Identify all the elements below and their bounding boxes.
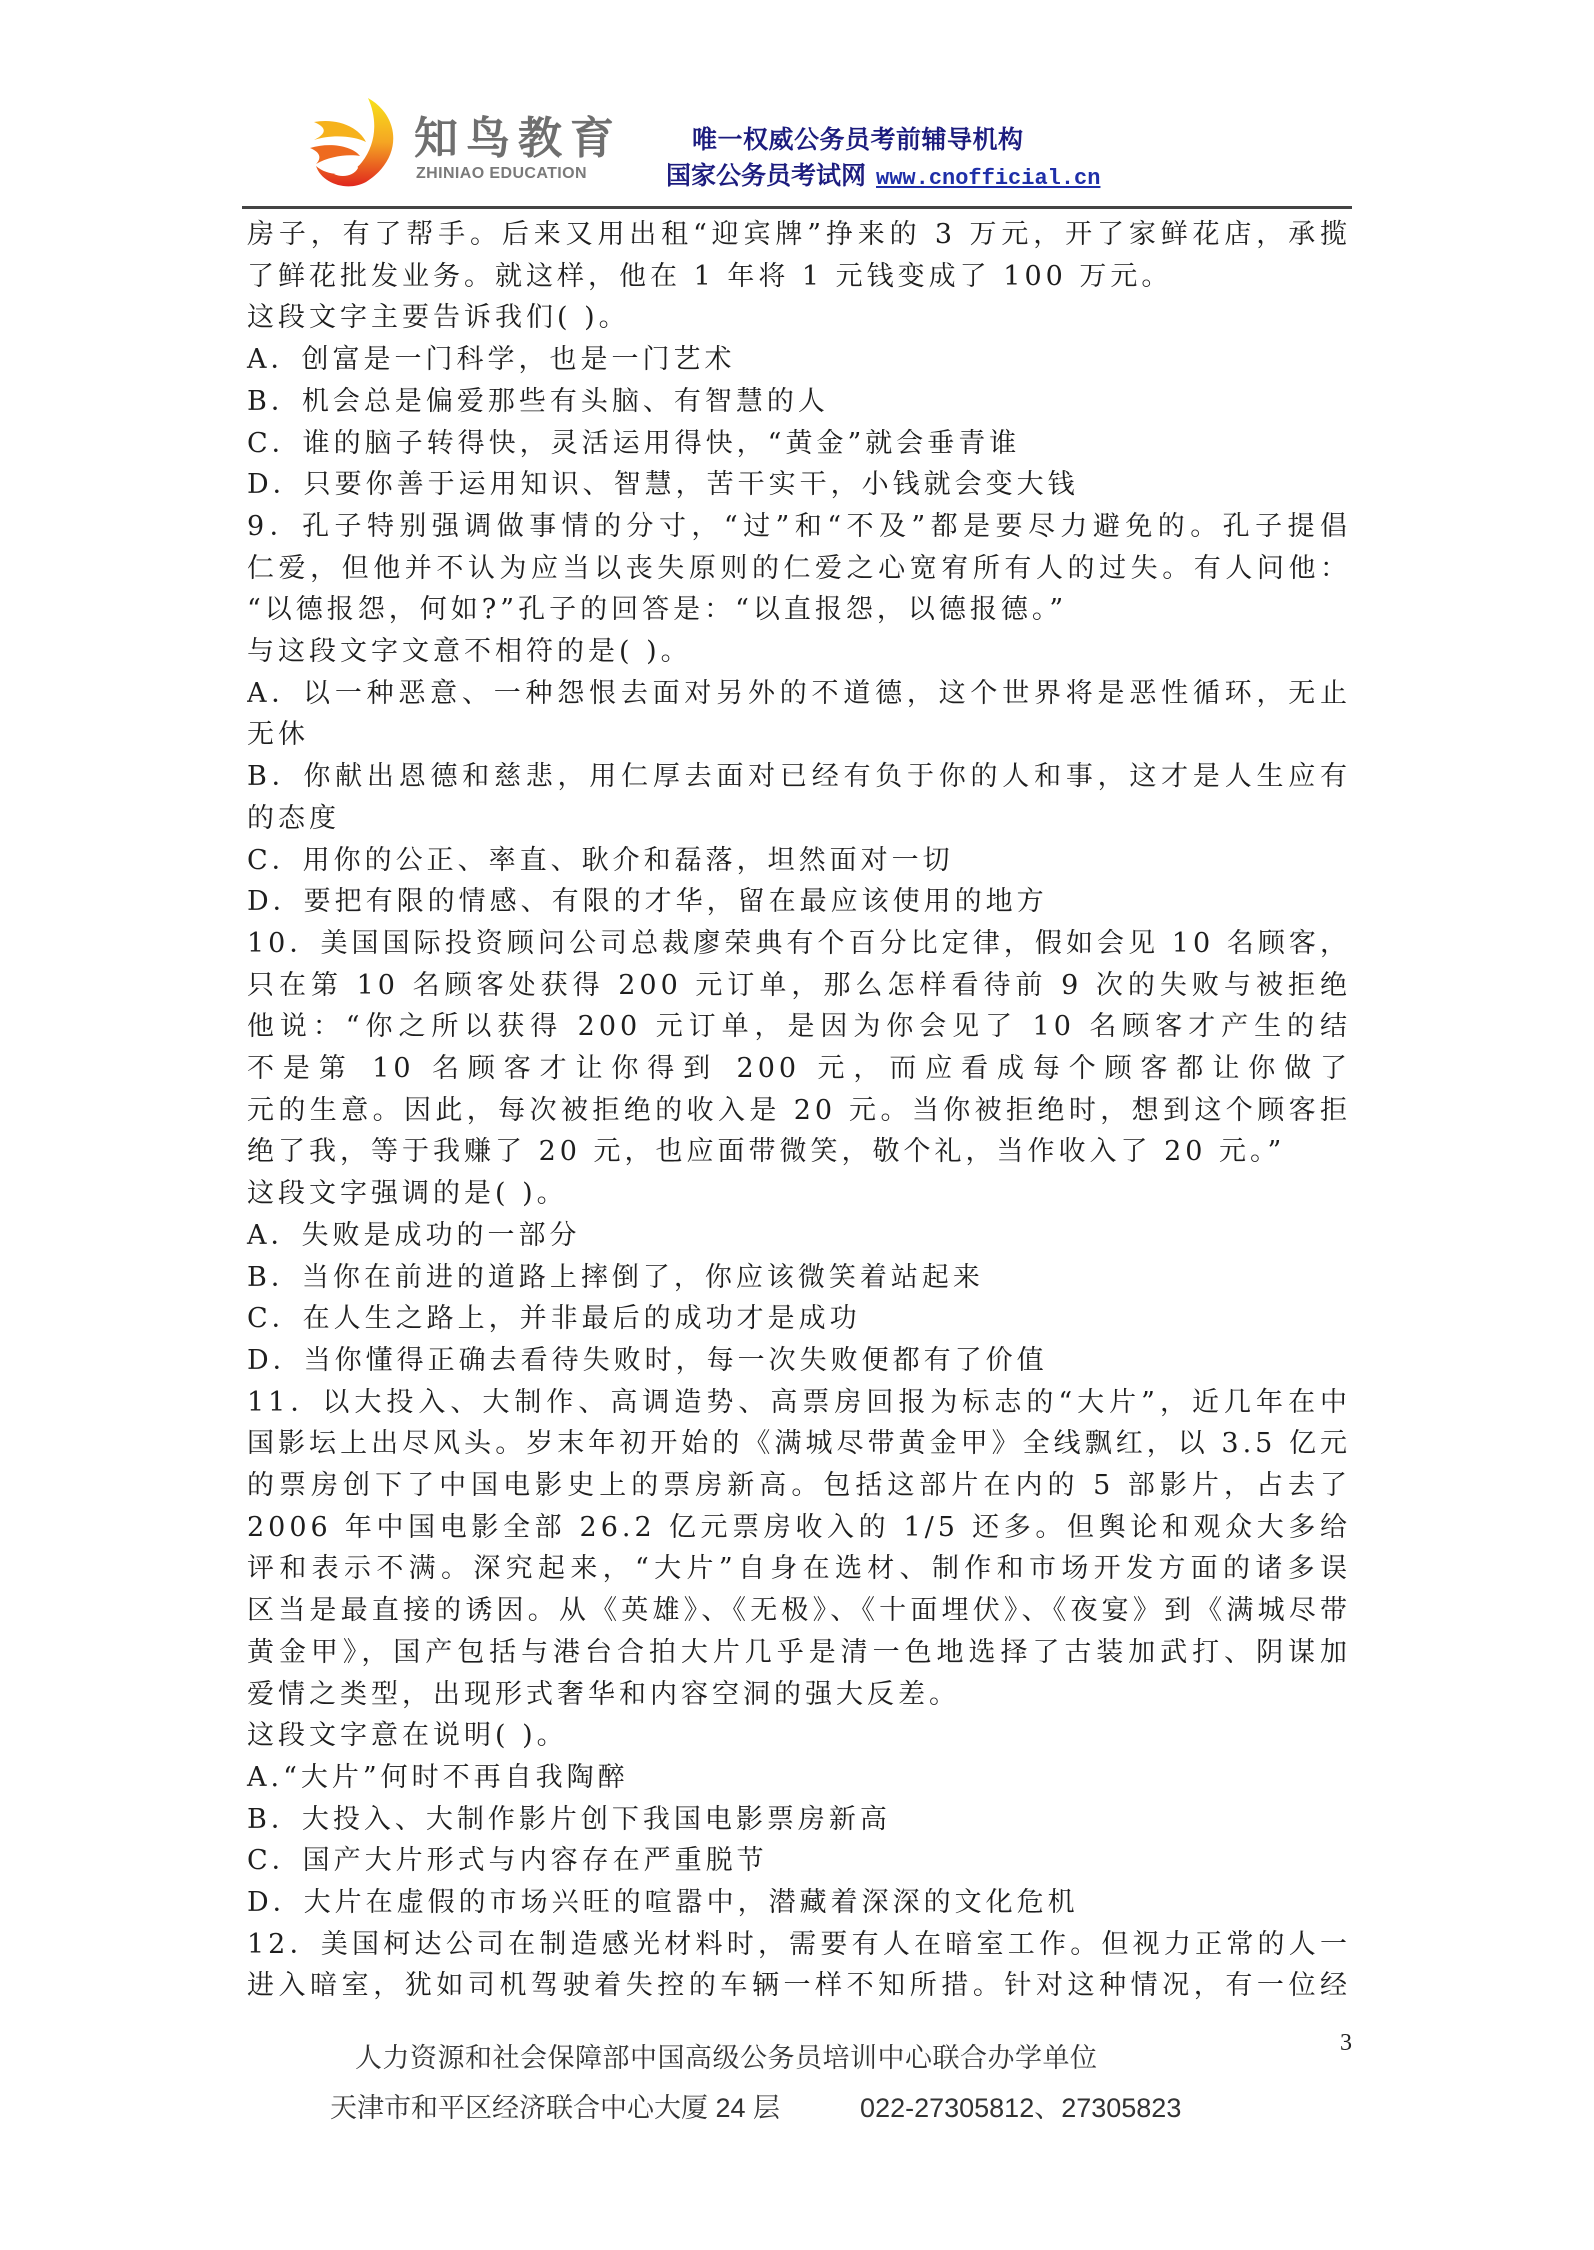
text-line: 与这段文字文意不相符的是( )。 [247, 631, 1351, 673]
header-divider [242, 206, 1352, 209]
brand-name-cn: 知鸟教育 [414, 114, 622, 164]
text-line: 无休 [247, 714, 1351, 756]
text-line: 10．美国国际投资顾问公司总裁廖荣典有个百分比定律，假如会见 10 名顾客， [247, 923, 1351, 965]
text-line: 仁爱，但他并不认为应当以丧失原则的仁爱之心宽宥所有人的过失。有人问他： [247, 548, 1351, 590]
text-line: 2006 年中国电影全部 26.2 亿元票房收入的 1/5 还多。但舆论和观众大… [247, 1507, 1351, 1549]
text-line: 这段文字主要告诉我们( )。 [247, 297, 1351, 339]
text-line: C．在人生之路上，并非最后的成功才是成功 [247, 1298, 1351, 1340]
text-line: 区当是最直接的诱因。从《英雄》、《无极》、《十面埋伏》、《夜宴》到《满城尽带 [247, 1590, 1351, 1632]
page-number: 3 [1340, 2028, 1352, 2058]
text-line: A．失败是成功的一部分 [247, 1215, 1351, 1257]
text-line: B．大投入、大制作影片创下我国电影票房新高 [247, 1799, 1351, 1841]
text-line: 12．美国柯达公司在制造感光材料时，需要有人在暗室工作。但视力正常的人一 [247, 1924, 1351, 1966]
zhiniao-bird-logo-icon [308, 96, 408, 188]
footer-organization: 人力资源和社会保障部中国高级公务员培训中心联合办学单位 [355, 2040, 1098, 2076]
footer-contact: 天津市和平区经济联合中心大厦 24 层022-27305812、27305823 [330, 2090, 1181, 2126]
text-line: A.“大片”何时不再自我陶醉 [247, 1757, 1351, 1799]
footer-address: 天津市和平区经济联合中心大厦 24 层 [330, 2093, 780, 2123]
text-line: C．用你的公正、率直、耿介和磊落，坦然面对一切 [247, 840, 1351, 882]
text-line: A．创富是一门科学，也是一门艺术 [247, 339, 1351, 381]
header-site: 国家公务员考试网www.cnofficial.cn [666, 160, 1100, 195]
text-line: “以德报怨，何如?”孔子的回答是：“以直报怨，以德报德。” [247, 589, 1351, 631]
text-line: C．国产大片形式与内容存在严重脱节 [247, 1840, 1351, 1882]
text-line: 不是第 10 名顾客才让你得到 200 元，而应看成每个顾客都让你做了 200÷… [247, 1048, 1351, 1090]
text-line: 他说：“你之所以获得 200 元订单，是因为你会见了 10 名顾客才产生的结果，… [247, 1006, 1351, 1048]
text-line: B．你献出恩德和慈悲，用仁厚去面对已经有负于你的人和事，这才是人生应有 [247, 756, 1351, 798]
footer-phone: 022-27305812、27305823 [860, 2093, 1181, 2123]
text-line: 了鲜花批发业务。就这样，他在 1 年将 1 元钱变成了 100 万元。 [247, 256, 1351, 298]
text-line: 评和表示不满。深究起来，“大片”自身在选材、制作和市场开发方面的诸多误 [247, 1548, 1351, 1590]
text-line: B．当你在前进的道路上摔倒了，你应该微笑着站起来 [247, 1257, 1351, 1299]
site-url-link[interactable]: www.cnofficial.cn [876, 166, 1100, 191]
page-header: 知鸟教育 ZHINIAO EDUCATION 唯一权威公务员考前辅导机构 国家公… [0, 0, 1594, 215]
brand-name-en: ZHINIAO EDUCATION [416, 164, 587, 184]
text-line: 只在第 10 名顾客处获得 200 元订单，那么怎样看待前 9 次的失败与被拒绝… [247, 965, 1351, 1007]
text-line: 绝了我，等于我赚了 20 元，也应面带微笑，敬个礼，当作收入了 20 元。” [247, 1131, 1351, 1173]
text-line: 黄金甲》，国产包括与港台合拍大片几乎是清一色地选择了古装加武打、阴谋加 [247, 1632, 1351, 1674]
text-line: B．机会总是偏爱那些有头脑、有智慧的人 [247, 381, 1351, 423]
text-line: 房子，有了帮手。后来又用出租“迎宾牌”挣来的 3 万元，开了家鲜花店，承揽 [247, 214, 1351, 256]
text-line: 9．孔子特别强调做事情的分寸，“过”和“不及”都是要尽力避免的。孔子提倡 [247, 506, 1351, 548]
text-line: 这段文字意在说明( )。 [247, 1715, 1351, 1757]
text-line: 这段文字强调的是( )。 [247, 1173, 1351, 1215]
text-line: 进入暗室，犹如司机驾驶着失控的车辆一样不知所措。针对这种情况，有一位经 [247, 1965, 1351, 2007]
text-line: D．要把有限的情感、有限的才华，留在最应该使用的地方 [247, 881, 1351, 923]
text-line: D．只要你善于运用知识、智慧，苦干实干，小钱就会变大钱 [247, 464, 1351, 506]
text-line: 11．以大投入、大制作、高调造势、高票房回报为标志的“大片”，近几年在中 [247, 1382, 1351, 1424]
text-line: D．大片在虚假的市场兴旺的喧嚣中，潜藏着深深的文化危机 [247, 1882, 1351, 1924]
text-line: A．以一种恶意、一种怨恨去面对另外的不道德，这个世界将是恶性循环，无止 [247, 673, 1351, 715]
text-line: 爱情之类型，出现形式奢华和内容空洞的强大反差。 [247, 1674, 1351, 1716]
text-line: C．谁的脑子转得快，灵活运用得快，“黄金”就会垂青谁 [247, 423, 1351, 465]
header-slogan: 唯一权威公务员考前辅导机构 [692, 124, 1024, 156]
site-name: 国家公务员考试网 [666, 161, 866, 190]
text-line: 的态度 [247, 798, 1351, 840]
text-line: 的票房创下了中国电影史上的票房新高。包括这部片在内的 5 部影片，占去了 [247, 1465, 1351, 1507]
text-line: 国影坛上出尽风头。岁末年初开始的《满城尽带黄金甲》全线飘红，以 3.5 亿元 [247, 1423, 1351, 1465]
text-line: 元的生意。因此，每次被拒绝的收入是 20 元。当你被拒绝时，想到这个顾客拒 [247, 1090, 1351, 1132]
text-line: D．当你懂得正确去看待失败时，每一次失败便都有了价值 [247, 1340, 1351, 1382]
